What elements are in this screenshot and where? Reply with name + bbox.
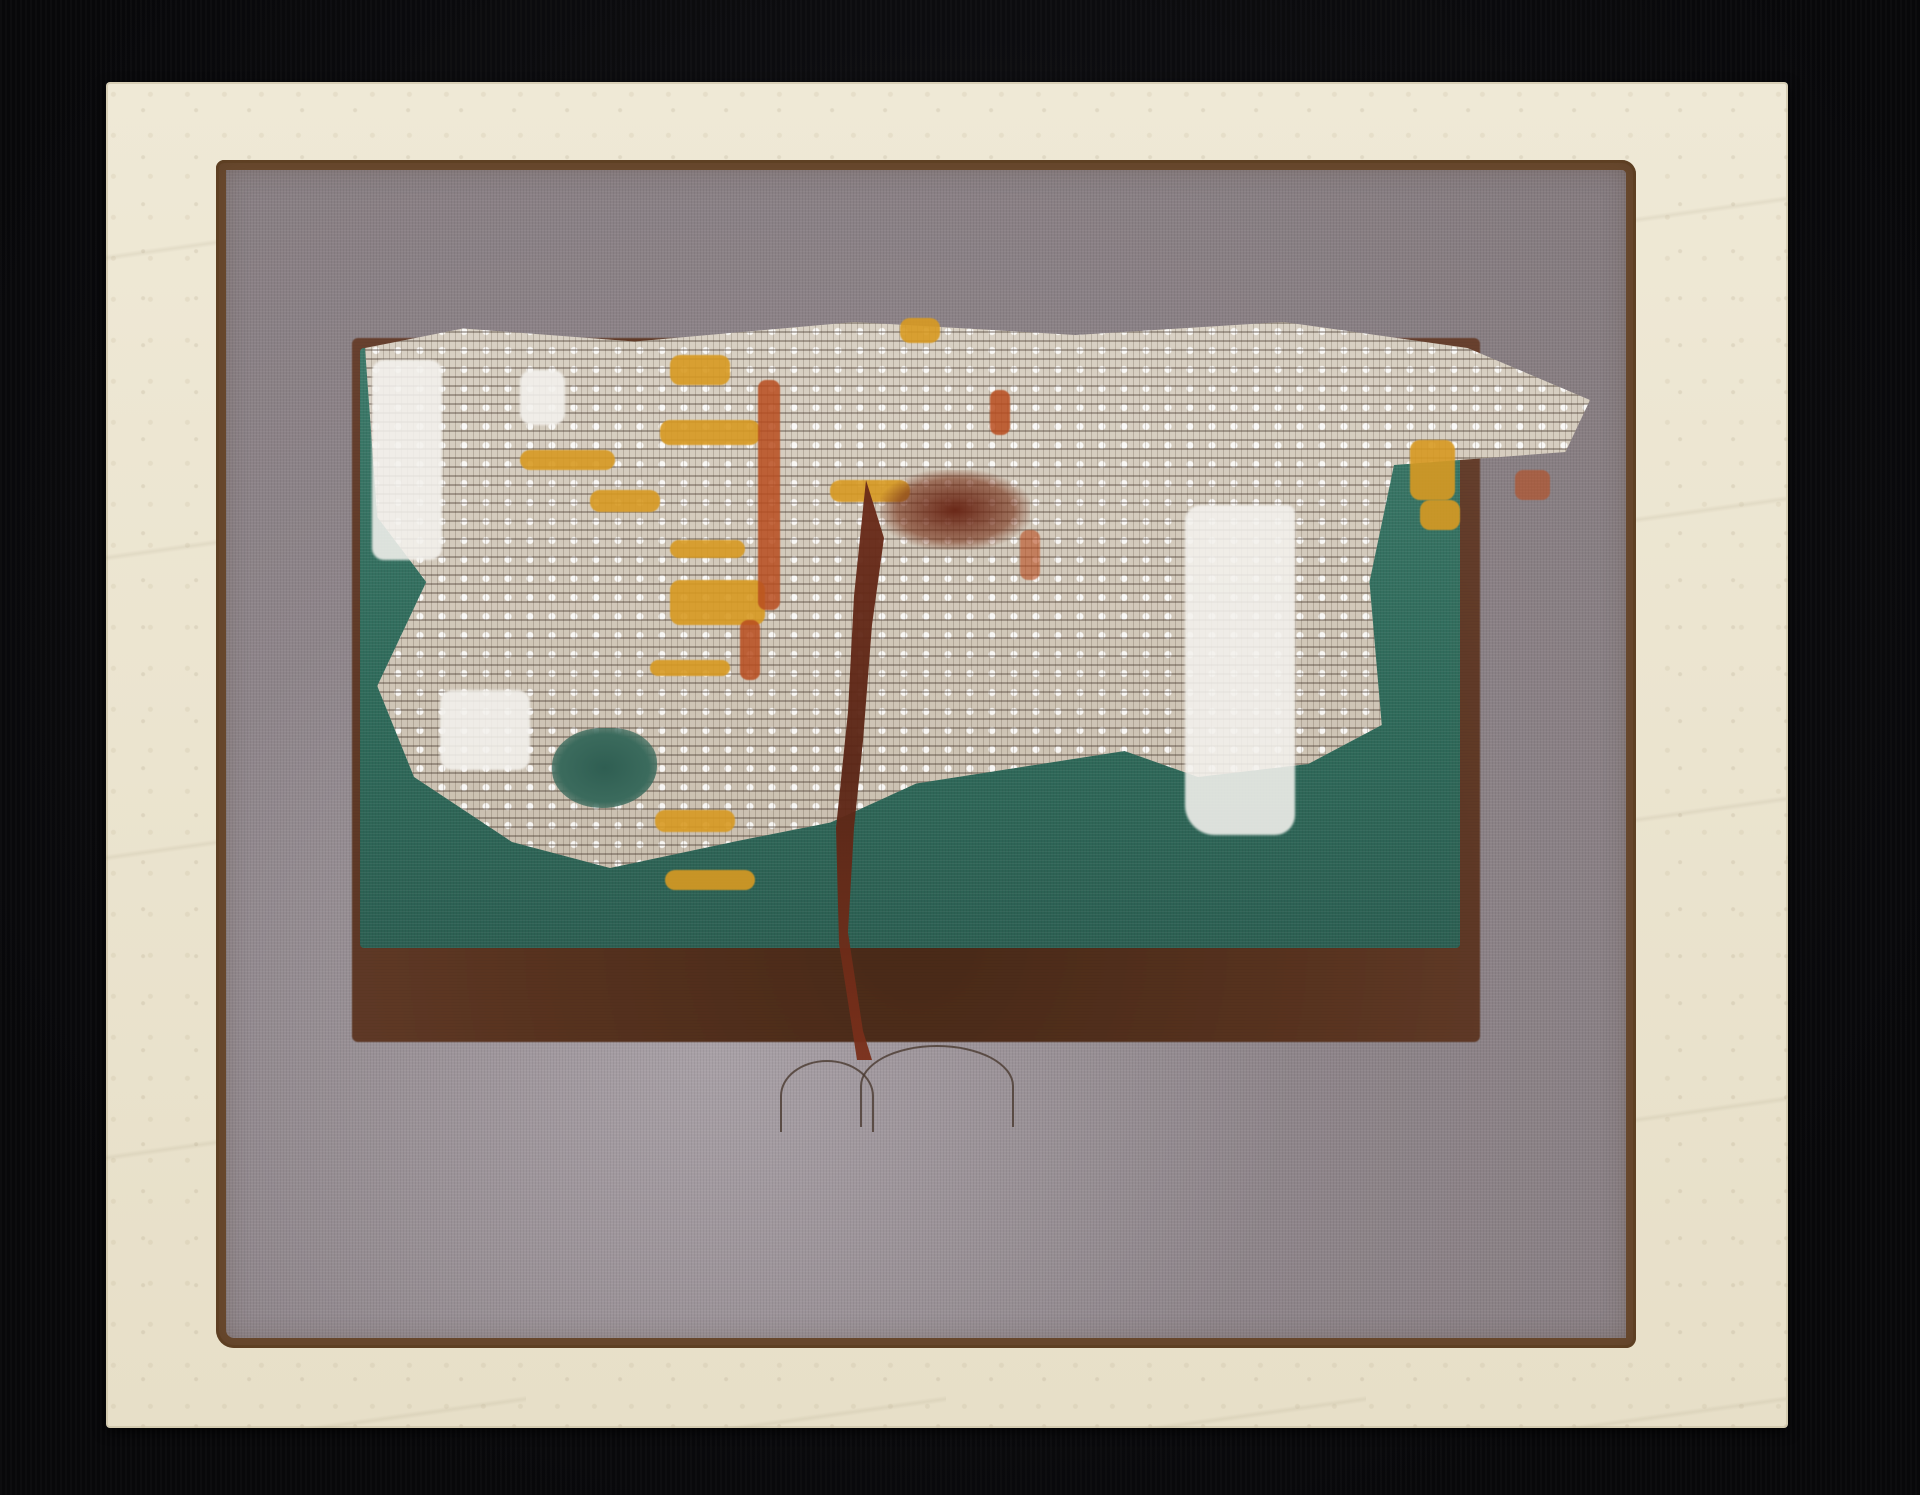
ochre-paint-mark <box>670 540 745 558</box>
ochre-paint-mark <box>670 355 730 385</box>
ochre-paint-mark <box>1420 500 1460 530</box>
fringe-tuft <box>880 470 1030 550</box>
white-paint-patch <box>1185 505 1295 835</box>
ochre-paint-mark <box>650 660 730 676</box>
ochre-paint-mark <box>900 318 940 343</box>
ochre-paint-mark <box>670 580 765 625</box>
rust-paint-mark <box>758 380 780 610</box>
ochre-paint-mark <box>1410 440 1455 500</box>
rust-paint-mark <box>990 390 1010 435</box>
loose-thread <box>780 1060 874 1132</box>
ochre-paint-mark <box>655 810 735 832</box>
ochre-paint-mark <box>660 420 760 445</box>
white-paint-patch <box>520 370 565 425</box>
rust-paint-mark <box>1515 470 1550 500</box>
ochre-paint-mark <box>590 490 660 512</box>
ochre-paint-mark <box>665 870 755 890</box>
white-paint-patch <box>372 360 442 560</box>
loose-thread <box>860 1045 1014 1127</box>
white-paint-patch <box>440 690 530 770</box>
ochre-paint-mark <box>520 450 615 470</box>
rust-paint-mark <box>740 620 760 680</box>
